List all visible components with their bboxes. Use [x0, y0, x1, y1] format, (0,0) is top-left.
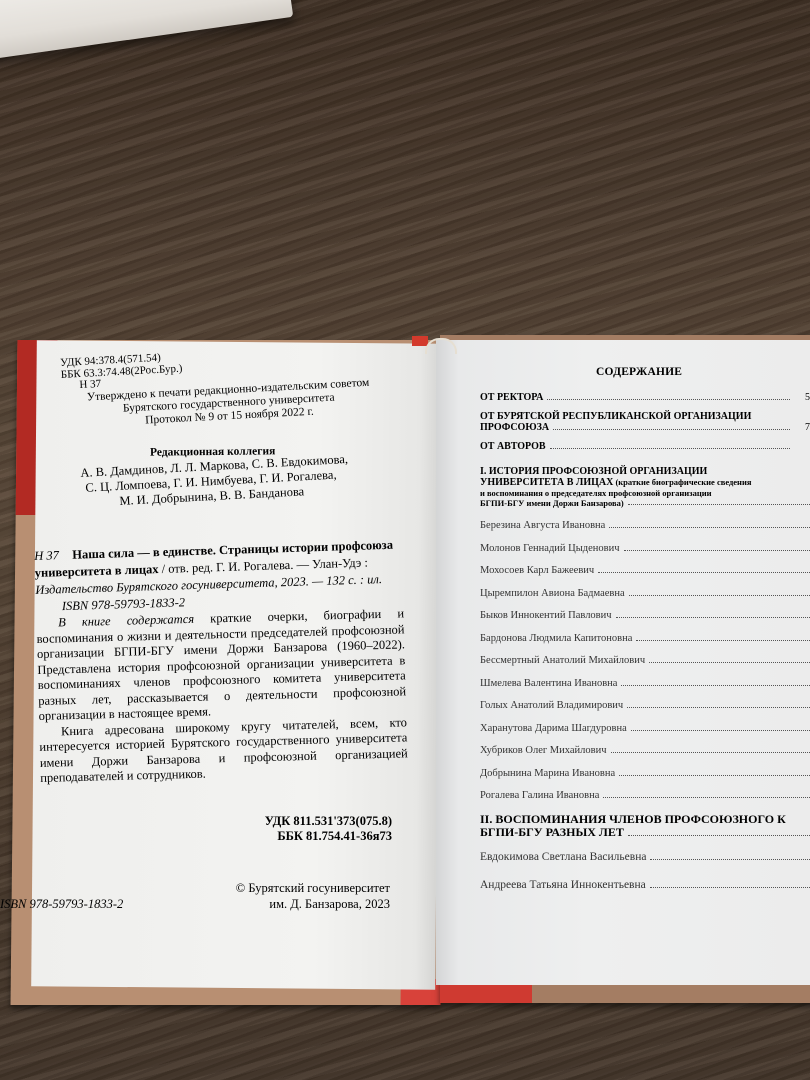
- toc-entry-label: Березина Августа Ивановна: [480, 520, 605, 531]
- toc-entry-label: Рогалева Галина Ивановна: [480, 790, 599, 801]
- leader-dots: [650, 859, 810, 860]
- toc-entry: ОТ АВТОРОВ: [480, 441, 810, 452]
- leader-dots: [619, 775, 810, 776]
- toc-entry: ОТ БУРЯТСКОЙ РЕСПУБЛИКАНСКОЙ ОРГАНИЗАЦИИ…: [480, 411, 810, 433]
- toc-entry-label: Евдокимова Светлана Васильевна: [480, 851, 646, 863]
- section-heading-bold: УНИВЕРСИТЕТА В ЛИЦАХ: [480, 477, 613, 488]
- toc-entry: Бардонова Людмила Капитоновна: [480, 633, 810, 644]
- leader-dots: [628, 835, 810, 836]
- toc-entry: Молонов Геннадий Цыденович: [480, 543, 810, 554]
- toc-entry-label: ОТ РЕКТОРА: [480, 392, 543, 403]
- section-heading-note: и воспоминания о председателях профсоюзн…: [480, 488, 810, 498]
- annotation-paragraph: Книга адресована широкому кругу читателе…: [39, 715, 408, 787]
- section-heading-line: БГПИ-БГУ РАЗНЫХ ЛЕТ: [480, 826, 624, 839]
- section-heading-note: (краткие биографические сведения: [613, 477, 751, 487]
- leader-dots: [624, 550, 810, 551]
- leader-dots: [631, 730, 810, 731]
- toc-entry-label: ОТ АВТОРОВ: [480, 441, 546, 452]
- toc-entry: Цыремпилон Авиона Бадмаевна: [480, 588, 810, 599]
- toc-entry: Березина Августа Ивановна: [480, 520, 810, 531]
- toc-entry-label: ОТ БУРЯТСКОЙ РЕСПУБЛИКАНСКОЙ ОРГАНИЗАЦИИ: [480, 411, 810, 422]
- udk-code: УДК 811.531'373(075.8): [232, 814, 392, 829]
- cover-red-corner: [440, 985, 532, 1003]
- toc-entry: Харанутова Дарима Шагдуровна: [480, 723, 810, 734]
- toc-entry: Добрынина Марина Ивановна: [480, 768, 810, 779]
- section-heading-note: БГПИ-БГУ имени Доржи Банзарова): [480, 498, 624, 508]
- toc-entry: БГПИ-БГУ РАЗНЫХ ЛЕТ: [480, 826, 810, 839]
- annotation-paragraph: В книге содержатся краткие очерки, биогр…: [36, 606, 407, 724]
- copyright: © Бурятский госуниверситет им. Д. Банзар…: [200, 880, 390, 912]
- classification-codes-bottom: УДК 811.531'373(075.8) ББК 81.754.41-36я…: [232, 814, 392, 844]
- leader-dots: [616, 617, 810, 618]
- leader-dots: [627, 707, 810, 708]
- leader-dots: [628, 504, 810, 505]
- toc-entry: Рогалева Галина Ивановна: [480, 790, 810, 801]
- leader-dots: [603, 797, 810, 798]
- author-mark: Н 37: [34, 547, 73, 565]
- toc-entry-label: Андреева Татьяна Иннокентьевна: [480, 879, 646, 891]
- toc-entry: Мохосоев Карл Бажеевич: [480, 565, 810, 576]
- toc-entry-label: Мохосоев Карл Бажеевич: [480, 565, 594, 576]
- table-of-contents: ОТ РЕКТОРА 5 ОТ БУРЯТСКОЙ РЕСПУБЛИКАНСКО…: [480, 392, 810, 907]
- toc-page-number: 5: [794, 392, 810, 403]
- leader-dots: [598, 572, 810, 573]
- leader-dots: [611, 752, 810, 753]
- toc-section-2-heading: II. ВОСПОМИНАНИЯ ЧЛЕНОВ ПРОФСОЮЗНОГО К Б…: [480, 813, 810, 839]
- toc-entry-label: Хубриков Олег Михайлович: [480, 745, 607, 756]
- bookmark-ribbon: [412, 336, 428, 346]
- annotation-lead: В книге содержатся: [58, 612, 194, 630]
- toc-entry: Голых Анатолий Владимирович: [480, 700, 810, 711]
- section-heading-line: II. ВОСПОМИНАНИЯ ЧЛЕНОВ ПРОФСОЮЗНОГО К: [480, 813, 810, 826]
- leader-dots: [609, 527, 810, 528]
- section-heading-line: УНИВЕРСИТЕТА В ЛИЦАХ (краткие биографиче…: [480, 477, 810, 488]
- toc-entry: Шмелева Валентина Ивановна: [480, 678, 810, 689]
- toc-section-1-entries: Березина Августа ИвановнаМолонов Геннади…: [480, 520, 810, 801]
- toc-entry: Хубриков Олег Михайлович: [480, 745, 810, 756]
- toc-page-number: 7: [794, 422, 810, 433]
- leader-dots: [649, 662, 810, 663]
- toc-entry-label: Цыремпилон Авиона Бадмаевна: [480, 588, 625, 599]
- toc-entry: Евдокимова Светлана Васильевна: [480, 851, 810, 863]
- annotation: В книге содержатся краткие очерки, биогр…: [36, 606, 408, 786]
- toc-entry: ОТ РЕКТОРА 5: [480, 392, 810, 403]
- toc-entry-label: Бардонова Людмила Капитоновна: [480, 633, 632, 644]
- toc-front-matter: ОТ РЕКТОРА 5 ОТ БУРЯТСКОЙ РЕСПУБЛИКАНСКО…: [480, 392, 810, 452]
- toc-entry-label: Молонов Геннадий Цыденович: [480, 543, 620, 554]
- contents-title: СОДЕРЖАНИЕ: [596, 366, 682, 378]
- toc-entry: Быков Иннокентий Павлович: [480, 610, 810, 621]
- toc-entry-label: Харанутова Дарима Шагдуровна: [480, 723, 627, 734]
- leader-dots: [553, 429, 790, 430]
- leader-dots: [621, 685, 810, 686]
- toc-entry: Бессмертный Анатолий Михайлович: [480, 655, 810, 666]
- toc-entry-label: Голых Анатолий Владимирович: [480, 700, 623, 711]
- leader-dots: [550, 448, 790, 449]
- section-heading-line: БГПИ-БГУ имени Доржи Банзарова): [480, 498, 810, 508]
- toc-entry: Андреева Татьяна Иннокентьевна: [480, 879, 810, 891]
- leader-dots: [636, 640, 810, 641]
- toc-section-1-heading: I. ИСТОРИЯ ПРОФСОЮЗНОЙ ОРГАНИЗАЦИИ УНИВЕ…: [480, 466, 810, 508]
- isbn-bottom: ISBN 978-59793-1833-2: [0, 898, 123, 911]
- book-title-cont: университета в лицах: [35, 562, 159, 580]
- leader-dots: [650, 887, 810, 888]
- toc-entry-label: Бессмертный Анатолий Михайлович: [480, 655, 645, 666]
- toc-section-2-entries: Евдокимова Светлана ВасильевнаАндреева Т…: [480, 851, 810, 891]
- leader-dots: [629, 595, 810, 596]
- bibliographic-record: Н 37Наша сила — в единстве. Страницы ист…: [34, 537, 395, 616]
- leader-dots: [547, 399, 790, 400]
- bbk-code: ББК 81.754.41-36я73: [232, 829, 392, 844]
- toc-entry-label: ПРОФСОЮЗА: [480, 422, 549, 433]
- section-heading-line: I. ИСТОРИЯ ПРОФСОЮЗНОЙ ОРГАНИЗАЦИИ: [480, 466, 810, 477]
- copyright-line: им. Д. Банзарова, 2023: [200, 896, 390, 912]
- toc-entry-label: Шмелева Валентина Ивановна: [480, 678, 617, 689]
- copyright-line: © Бурятский госуниверситет: [200, 880, 390, 896]
- classification-codes: УДК 94:378.4(571.54) ББК 63.3:74.48(2Рос…: [60, 352, 183, 393]
- toc-entry-label: Быков Иннокентий Павлович: [480, 610, 612, 621]
- toc-entry-label: Добрынина Марина Ивановна: [480, 768, 615, 779]
